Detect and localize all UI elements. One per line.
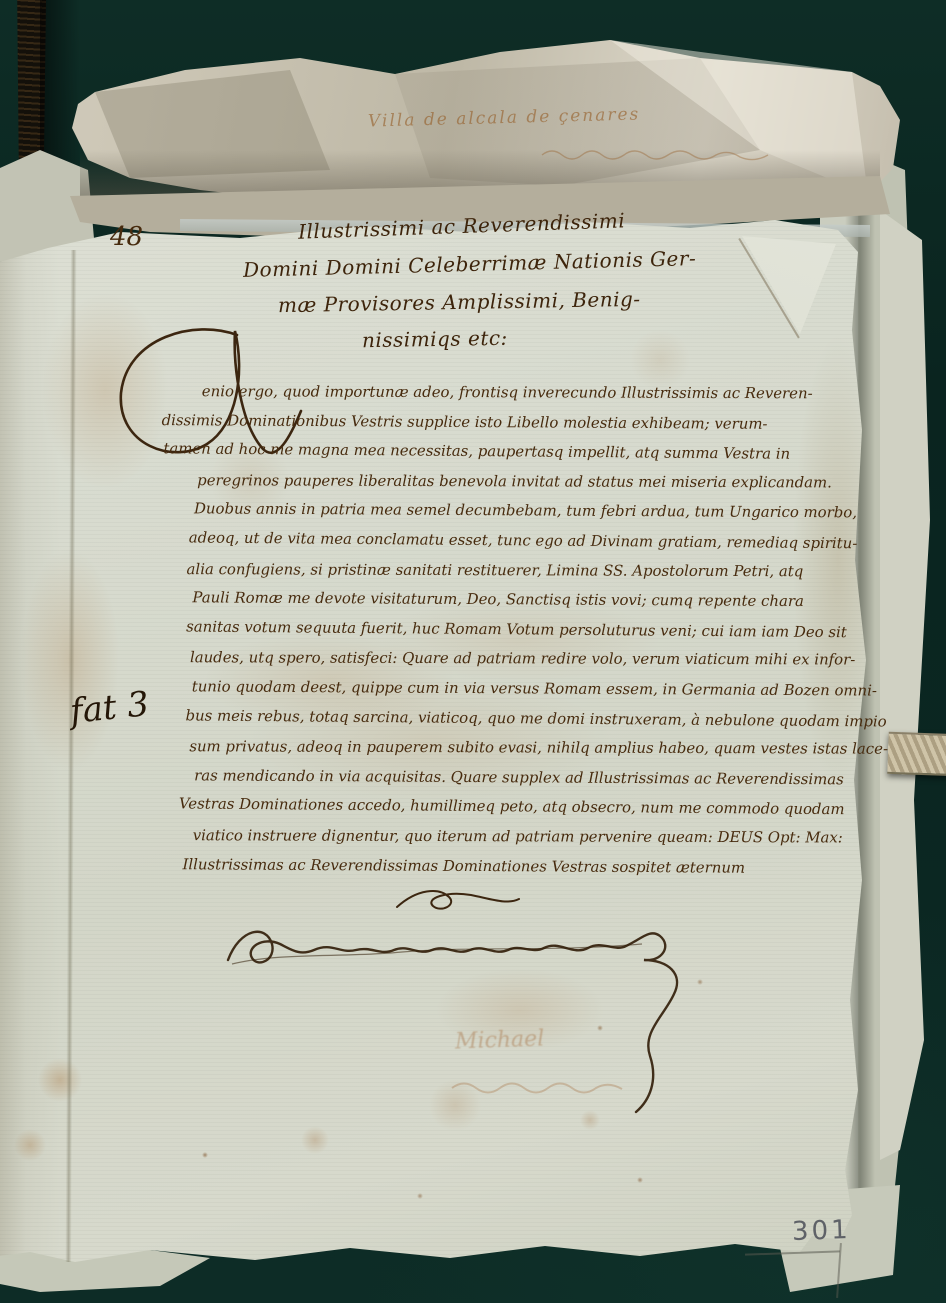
- manuscript-line: sanitas votum sequuta fuerit, huc Romam …: [186, 617, 847, 641]
- manuscript-line: ras mendicando in via acquisitas. Quare …: [194, 766, 844, 788]
- manuscript-line: Vestras Dominationes accedo, humillimeq …: [179, 795, 845, 819]
- margin-annotation: fat 3: [68, 684, 151, 732]
- manuscript-line: dissimis Dominationibus Vestris supplice…: [162, 411, 768, 433]
- manuscript-line: peregrinos pauperes liberalitas benevola…: [197, 471, 832, 491]
- manuscript-line: tunio quodam deest, quippe cum in via ve…: [192, 677, 877, 699]
- bleedthrough-text: Michael: [455, 1026, 545, 1054]
- manuscript-scan: Villa de alcala de çenares 48 Illustriss…: [0, 0, 946, 1303]
- manuscript-line: enio ergo, quod importunæ adeo, frontisq…: [202, 382, 813, 402]
- manuscript-line: tamen ad hoc me magna mea necessitas, pa…: [163, 439, 790, 462]
- manuscript-line: viatico instruere dignentur, quo iterum …: [193, 826, 843, 846]
- manuscript-line: Duobus annis in patria mea semel decumbe…: [194, 500, 857, 522]
- manuscript-line: Pauli Romæ me devote visitaturum, Deo, S…: [192, 588, 804, 610]
- manuscript-line: bus meis rebus, totaq sarcina, viaticoq,…: [185, 706, 886, 730]
- manuscript-line: Illustrissimas ac Reverendissimas Domina…: [182, 855, 745, 876]
- manuscript-line: sum privatus, adeoq in pauperem subito e…: [189, 737, 888, 757]
- manuscript-line: adeoq, ut de vita mea conclamatu esset, …: [189, 528, 858, 552]
- pencil-folio-number: 301: [791, 1215, 851, 1247]
- bleedthrough-squiggle: [450, 1078, 630, 1096]
- manuscript-line: alia confugiens, si pristinæ sanitati re…: [187, 560, 804, 580]
- manuscript-line: laudes, utq spero, satisfeci: Quare ad p…: [190, 649, 855, 669]
